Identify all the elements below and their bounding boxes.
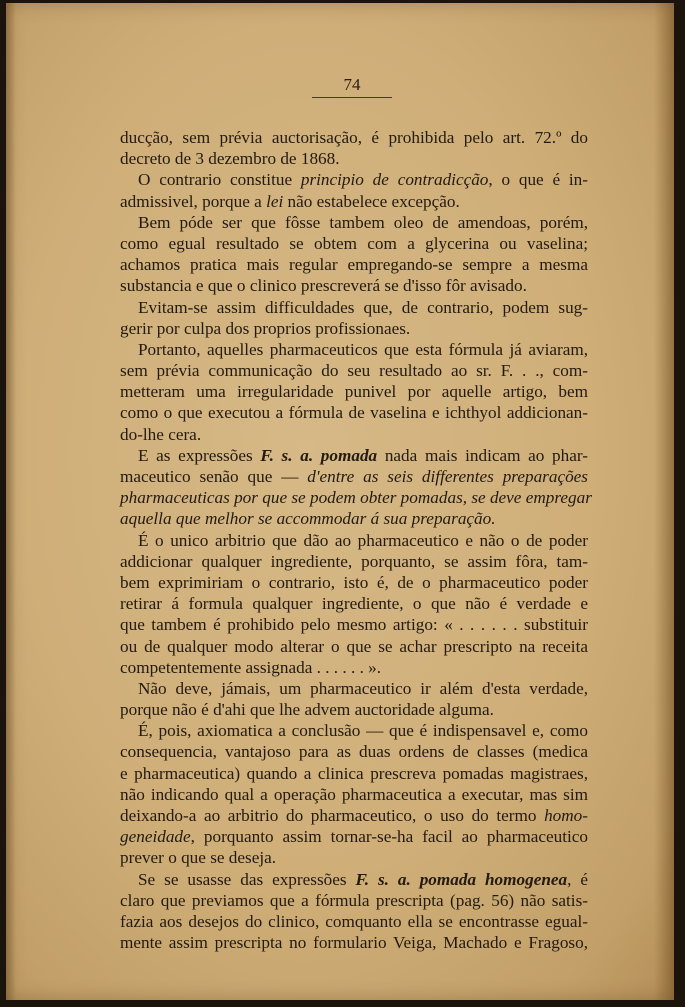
text-line: claro que previamos que a fórmula prescr… xyxy=(120,890,588,911)
text-line: aquella que melhor se accommodar á sua p… xyxy=(120,508,588,529)
text-line: deixando-a ao arbitrio do pharmaceutico,… xyxy=(120,805,588,826)
text-line: retirar á formula qualquer ingrediente, … xyxy=(120,593,588,614)
text-line: prever o que se deseja. xyxy=(120,847,588,868)
text-line: Portanto, aquelles pharmaceuticos que es… xyxy=(120,339,588,360)
text-line: achamos pratica mais regular empregando-… xyxy=(120,254,588,275)
text-line: pharmaceuticas por que se podem obter po… xyxy=(120,487,588,508)
header-rule xyxy=(312,97,392,98)
text-line: sem prévia communicação do seu resultado… xyxy=(120,360,588,381)
text-line: bem exprimiriam o contrario, isto é, de … xyxy=(120,572,588,593)
text-line: e pharmaceutica) quando a clinica prescr… xyxy=(120,763,588,784)
text-line: É o unico arbitrio que dão ao pharmaceut… xyxy=(120,530,588,551)
text-line: Evitam-se assim difficuldades que, de co… xyxy=(120,297,588,318)
text-line: como o que executou a fórmula de vaselin… xyxy=(120,402,588,423)
text-line: não indicando qual a operação pharmaceut… xyxy=(120,784,588,805)
text-line: ou de qualquer modo alterar o que se ach… xyxy=(120,636,588,657)
text-line: que tambem é prohibido pelo mesmo artigo… xyxy=(120,614,588,635)
page-number: 74 xyxy=(312,75,392,95)
text-line: substancia e que o clinico prescreverá s… xyxy=(120,275,588,296)
text-line: fazia aos desejos do clinico, comquanto … xyxy=(120,911,588,932)
text-line: Não deve, jámais, um pharmaceutico ir al… xyxy=(120,678,588,699)
text-line: competentemente assignada . . . . . . ». xyxy=(120,657,588,678)
text-line: como egual resultado se obtem com a glyc… xyxy=(120,233,588,254)
text-line: do-lhe cera. xyxy=(120,424,588,445)
text-line: decreto de 3 dezembro de 1868. xyxy=(120,148,588,169)
text-line: admissivel, porque a lei não estabelece … xyxy=(120,191,588,212)
text-line: mente assim prescripta no formulario Vei… xyxy=(120,932,588,953)
text-line: Bem póde ser que fôsse tambem oleo de am… xyxy=(120,212,588,233)
text-line: metteram uma irregularidade punivel por … xyxy=(120,381,588,402)
text-line: O contrario constitue principio de contr… xyxy=(120,169,588,190)
book-page: 74 ducção, sem prévia auctorisação, é pr… xyxy=(6,3,674,1000)
body-text: ducção, sem prévia auctorisação, é prohi… xyxy=(120,127,588,953)
text-line: ducção, sem prévia auctorisação, é prohi… xyxy=(120,127,588,148)
text-line: porque não é d'ahi que lhe advem auctori… xyxy=(120,699,588,720)
text-line: Se se usasse das expressões F. s. a. pom… xyxy=(120,869,588,890)
text-line: E as expressões F. s. a. pomada nada mai… xyxy=(120,445,588,466)
text-line: É, pois, axiomatica a conclusão — que é … xyxy=(120,720,588,741)
text-line: maceutico senão que — d'entre as seis di… xyxy=(120,466,588,487)
text-line: geneidade, porquanto assim tornar-se-ha … xyxy=(120,826,588,847)
text-line: gerir por culpa dos proprios profissiona… xyxy=(120,318,588,339)
text-line: consequencia, vantajoso para as duas ord… xyxy=(120,741,588,762)
text-line: addicionar qualquer ingrediente, porquan… xyxy=(120,551,588,572)
